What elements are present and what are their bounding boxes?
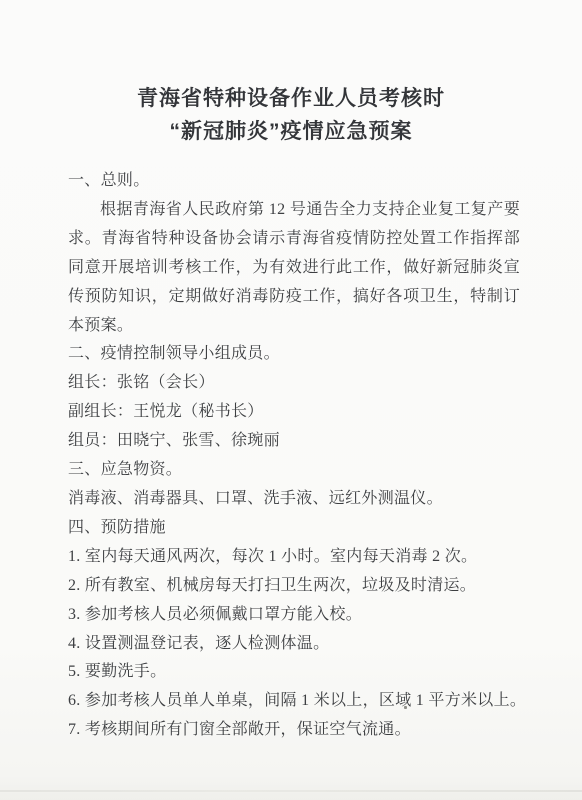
section3-heading: 三、应急物资。 bbox=[68, 456, 520, 485]
emergency-supplies-line: 消毒液、消毒器具、口罩、洗手液、远红外测温仪。 bbox=[68, 485, 520, 514]
document-title-line2: “新冠肺炎”疫情应急预案 bbox=[0, 115, 582, 148]
prevention-measure-item: 2. 所有教室、机械房每天打扫卫生两次，垃圾及时清运。 bbox=[68, 572, 520, 601]
section2-heading: 二、疫情控制领导小组成员。 bbox=[68, 340, 520, 369]
leader-group-member-line: 组员：田晓宁、张雪、徐琬丽 bbox=[68, 427, 520, 456]
prevention-measure-item: 4. 设置测温登记表，逐人检测体温。 bbox=[68, 630, 520, 659]
section1-heading: 一、总则。 bbox=[68, 167, 520, 196]
prevention-measure-item: 3. 参加考核人员必须佩戴口罩方能入校。 bbox=[68, 601, 520, 630]
prevention-measure-item: 6. 参加考核人员单人单桌，间隔 1 米以上，区域 1 平方米以上。 bbox=[68, 687, 520, 716]
section4-heading: 四、预防措施 bbox=[68, 514, 520, 543]
scanned-document-page: 青海省特种设备作业人员考核时 “新冠肺炎”疫情应急预案 一、总则。 根据青海省人… bbox=[0, 0, 582, 800]
section1-paragraph: 根据青海省人民政府第 12 号通告全力支持企业复工复产要求。青海省特种设备协会请… bbox=[68, 196, 520, 341]
document-title-line1: 青海省特种设备作业人员考核时 bbox=[0, 82, 582, 115]
prevention-measure-item: 7. 考核期间所有门窗全部敞开，保证空气流通。 bbox=[68, 716, 520, 745]
scan-artifact-dot bbox=[404, 706, 407, 709]
scan-bottom-edge-shadow bbox=[0, 790, 582, 792]
prevention-measure-item: 1. 室内每天通风两次，每次 1 小时。室内每天消毒 2 次。 bbox=[68, 543, 520, 572]
document-title: 青海省特种设备作业人员考核时 “新冠肺炎”疫情应急预案 bbox=[0, 82, 582, 148]
leader-group-member-line: 组长：张铭（会长） bbox=[68, 369, 520, 398]
prevention-measure-item: 5. 要勤洗手。 bbox=[68, 658, 520, 687]
leader-group-member-line: 副组长：王悦龙（秘书长） bbox=[68, 398, 520, 427]
document-body: 一、总则。 根据青海省人民政府第 12 号通告全力支持企业复工复产要求。青海省特… bbox=[68, 167, 520, 745]
